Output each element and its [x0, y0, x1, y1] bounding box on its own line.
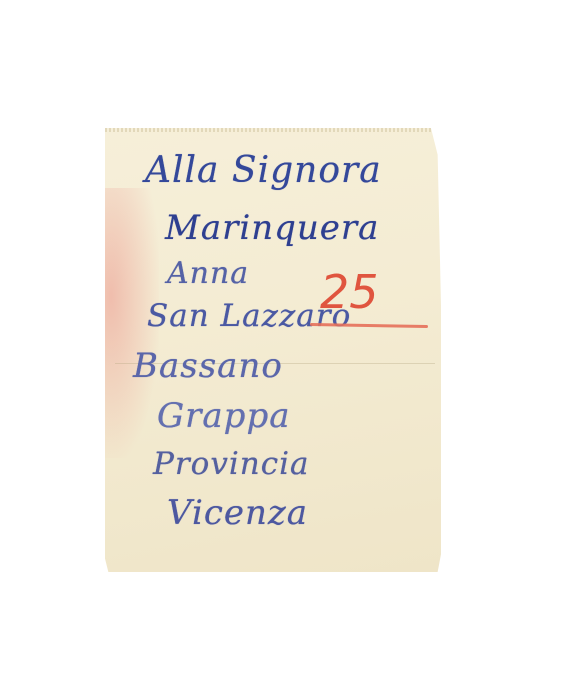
- red-annotation-number: 25: [320, 265, 379, 319]
- address-line-salutation: Alla Signora: [145, 150, 382, 191]
- address-line-surname: Marinquera: [165, 208, 379, 248]
- address-line-province: Vicenza: [167, 493, 308, 533]
- address-line-town: Bassano: [133, 346, 283, 386]
- perforated-edge: [105, 128, 431, 132]
- address-line-town-suffix: Grappa: [157, 396, 290, 436]
- address-line-firstname: Anna: [167, 256, 249, 291]
- address-line-province-label: Provincia: [153, 446, 310, 482]
- paper-slip: Alla Signora Marinquera Anna San Lazzaro…: [105, 128, 441, 572]
